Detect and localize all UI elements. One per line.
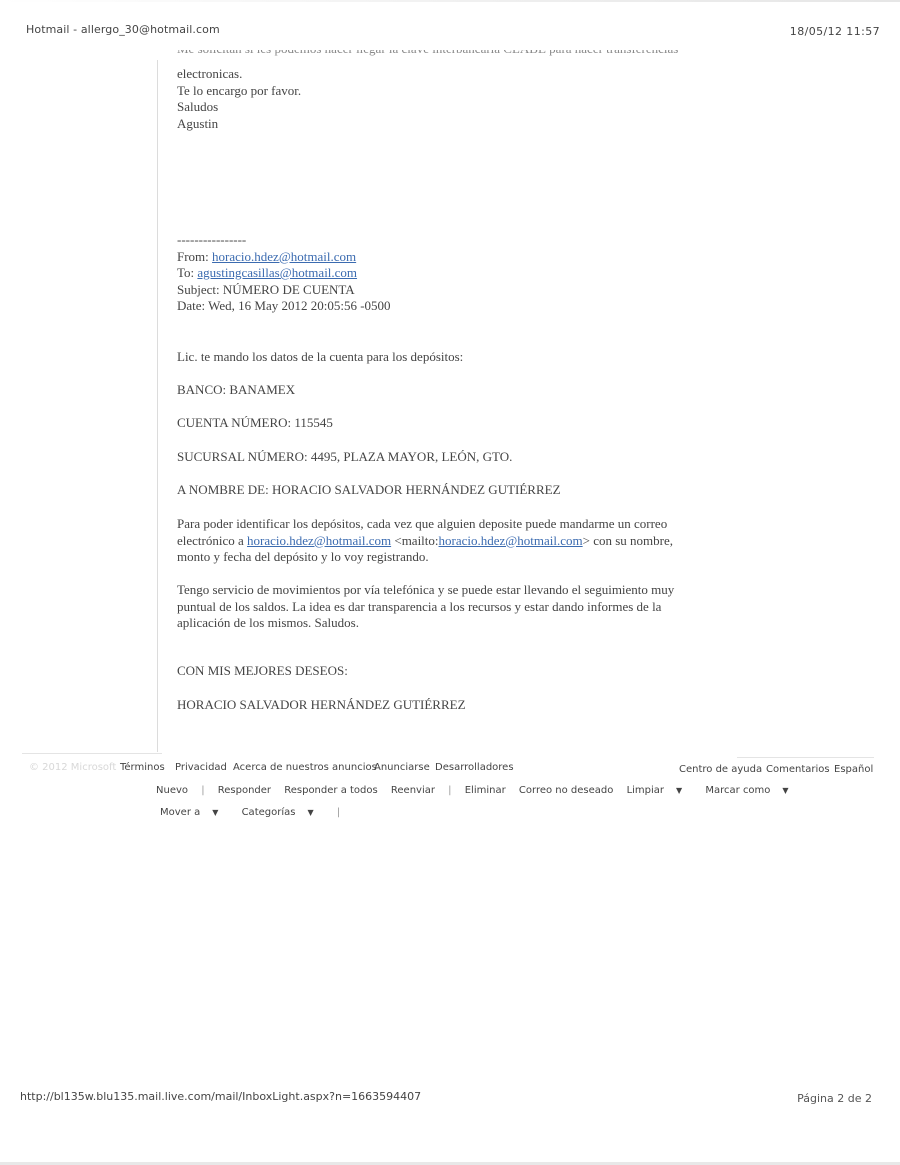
- intro-line: electronicas.: [177, 66, 707, 83]
- message-toolbar: Nuevo | Responder Responder a todos Reen…: [156, 785, 809, 796]
- toolbar-separator: |: [337, 807, 340, 818]
- caret-down-icon: ▼: [212, 808, 218, 817]
- toolbar-separator: |: [201, 785, 204, 796]
- footer-divider-right: [737, 757, 874, 758]
- forward-button[interactable]: Reenviar: [391, 785, 435, 796]
- subject-line: Subject: NÚMERO DE CUENTA: [177, 282, 707, 299]
- date-line: Date: Wed, 16 May 2012 20:05:56 -0500: [177, 298, 707, 315]
- categories-label: Categorías: [242, 807, 296, 818]
- bank-line: BANCO: BANAMEX: [177, 382, 707, 399]
- footer-link-help[interactable]: Centro de ayuda: [679, 764, 762, 775]
- mark-as-dropdown[interactable]: Marcar como▼: [705, 785, 798, 796]
- page-top-edge: [0, 0, 900, 2]
- footer-link-language[interactable]: Español: [834, 764, 873, 775]
- delete-button[interactable]: Eliminar: [465, 785, 506, 796]
- email-link[interactable]: horacio.hdez@hotmail.com: [247, 533, 391, 548]
- footer-link-advertise[interactable]: Anunciarse: [374, 762, 430, 773]
- para1-text: <mailto:: [391, 533, 438, 548]
- print-header-datetime: 18/05/12 11:57: [790, 25, 880, 38]
- move-to-dropdown[interactable]: Mover a▼: [160, 807, 228, 818]
- footer-link-privacy[interactable]: Privacidad: [175, 762, 227, 773]
- intro-line: Saludos: [177, 99, 707, 116]
- mailto-link[interactable]: horacio.hdez@hotmail.com: [439, 533, 583, 548]
- intro-line: Te lo encargo por favor.: [177, 83, 707, 100]
- paragraph-service: Tengo servicio de movimientos por vía te…: [177, 582, 707, 632]
- from-line: From: horacio.hdez@hotmail.com: [177, 249, 707, 266]
- intro-line: Agustin: [177, 116, 707, 133]
- signature-line: HORACIO SALVADOR HERNÁNDEZ GUTIÉRREZ: [177, 697, 707, 714]
- sweep-dropdown[interactable]: Limpiar▼: [627, 785, 693, 796]
- from-label: From:: [177, 249, 212, 264]
- branch-line: SUCURSAL NÚMERO: 4495, PLAZA MAYOR, LEÓN…: [177, 449, 707, 466]
- to-label: To:: [177, 265, 197, 280]
- paragraph-identify: Para poder identificar los depósitos, ca…: [177, 516, 707, 566]
- move-to-label: Mover a: [160, 807, 200, 818]
- new-button[interactable]: Nuevo: [156, 785, 188, 796]
- toolbar-separator: |: [448, 785, 451, 796]
- footer-link-terms[interactable]: Términos: [120, 762, 165, 773]
- footer-link-about-ads[interactable]: Acerca de nuestros anuncios: [233, 762, 377, 773]
- quote-separator: ----------------: [177, 232, 707, 249]
- print-header-title: Hotmail - allergo_30@hotmail.com: [26, 23, 220, 36]
- print-footer-url: http://bl135w.blu135.mail.live.com/mail/…: [20, 1090, 421, 1103]
- cut-line-text: Me solicitan si les podemos hacer llegar…: [177, 50, 678, 56]
- message-intro: electronicas. Te lo encargo por favor. S…: [177, 66, 707, 132]
- to-line: To: agustingcasillas@hotmail.com: [177, 265, 707, 282]
- categories-dropdown[interactable]: Categorías▼: [242, 807, 324, 818]
- closing-line: CON MIS MEJORES DESEOS:: [177, 663, 707, 680]
- sweep-label: Limpiar: [627, 785, 664, 796]
- message-toolbar-second-row: Mover a▼ Categorías▼ |: [160, 807, 350, 818]
- holder-line: A NOMBRE DE: HORACIO SALVADOR HERNÁNDEZ …: [177, 482, 707, 499]
- footer-divider-left: [22, 753, 162, 754]
- account-line: CUENTA NÚMERO: 115545: [177, 415, 707, 432]
- greeting: Lic. te mando los datos de la cuenta par…: [177, 349, 707, 366]
- junk-button[interactable]: Correo no deseado: [519, 785, 613, 796]
- site-footer: © 2012 Microsoft Términos Privacidad Ace…: [29, 762, 870, 778]
- footer-link-developers[interactable]: Desarrolladores: [435, 762, 514, 773]
- mark-as-label: Marcar como: [705, 785, 770, 796]
- message-cut-line: Me solicitan si les podemos hacer llegar…: [177, 50, 707, 62]
- caret-down-icon: ▼: [676, 786, 682, 795]
- footer-link-feedback[interactable]: Comentarios: [766, 764, 830, 775]
- message-left-rule: [157, 60, 158, 752]
- to-email-link[interactable]: agustingcasillas@hotmail.com: [197, 265, 357, 280]
- reply-button[interactable]: Responder: [218, 785, 271, 796]
- from-email-link[interactable]: horacio.hdez@hotmail.com: [212, 249, 356, 264]
- print-footer-page-number: Página 2 de 2: [797, 1092, 872, 1105]
- caret-down-icon: ▼: [307, 808, 313, 817]
- copyright: © 2012 Microsoft: [29, 762, 116, 773]
- caret-down-icon: ▼: [782, 786, 788, 795]
- quoted-header: ---------------- From: horacio.hdez@hotm…: [177, 232, 707, 315]
- reply-all-button[interactable]: Responder a todos: [284, 785, 377, 796]
